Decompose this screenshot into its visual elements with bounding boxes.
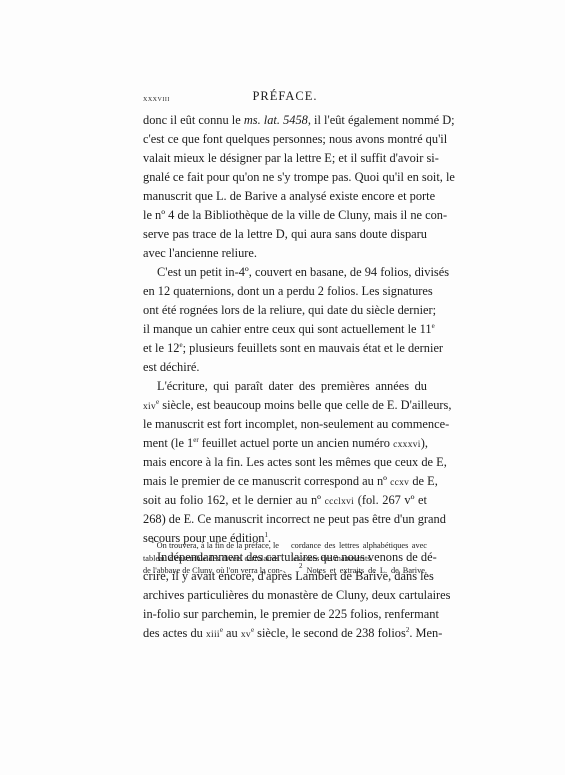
text-line: le nº 4 de la Bibliothèque de la ville d… [143,206,427,225]
footnote-column-left: 1 On trouvera, à la fin de la préface, l… [143,540,279,578]
text-line: c'est ce que font quelques personnes; no… [143,130,427,149]
text-line: et le 12e; plusieurs feuillets sont en m… [143,339,427,358]
footnote-line: les cotes des manuscrits. [291,553,427,566]
text-line: en 12 quaternions, dont un a perdu 2 fol… [143,282,427,301]
footnote-line: cordance des lettres alphabétiques avec [291,540,427,553]
text-line: mais le premier de ce manuscrit correspo… [143,472,427,491]
paragraph-start-line: L'écriture, qui paraît dater des premièr… [143,377,427,396]
text-line: ment (le 1er feuillet actuel porte un an… [143,434,427,453]
text-line: le manuscrit est fort incomplet, non-seu… [143,415,427,434]
text-line: il manque un cahier entre ceux qui sont … [143,320,427,339]
text-line: donc il eût connu le ms. lat. 5458, il l… [143,111,427,130]
text-line: des actes du xiiie au xve siècle, le sec… [143,624,427,643]
footnote-line: de l'abbaye de Cluny, où l'on verra la c… [143,565,279,578]
text-line: valait mieux le désigner par la lettre E… [143,149,427,168]
footnote-2: 2 Notes et extraits de L. de Barive, [291,565,427,578]
text-line: ont été rognées lors de la reliure, qui … [143,301,427,320]
page-header: xxxviii PRÉFACE. [143,91,427,105]
text-line: xive siècle, est beaucoup moins belle qu… [143,396,427,415]
text-line: 268) de E. Ce manuscrit incorrect ne peu… [143,510,427,529]
paragraph-end-line: est déchiré. [143,358,427,377]
footnote-line: tableau d'ensemble des divers cartulaire… [143,553,279,566]
paragraph-end-line: avec l'ancienne reliure. [143,244,427,263]
footnote-column-right: cordance des lettres alphabétiques avec … [291,540,427,578]
running-title: PRÉFACE. [143,89,427,104]
text-line: in-folio sur parchemin, le premier de 22… [143,605,427,624]
text-line: soit au folio 162, et le dernier au nº c… [143,491,427,510]
text-line: gnalé ce fait pour qu'on ne s'y trompe p… [143,168,427,187]
text-line: serve pas trace de la lettre D, qui aura… [143,225,427,244]
paragraph-start-line: C'est un petit in-4º, couvert en basane,… [143,263,427,282]
footnote-1: 1 On trouvera, à la fin de la préface, l… [143,540,279,553]
text-line: mais encore à la fin. Les actes sont les… [143,453,427,472]
text-line: archives particulières du monastère de C… [143,586,427,605]
text-line: manuscrit que L. de Barive a analysé exi… [143,187,427,206]
